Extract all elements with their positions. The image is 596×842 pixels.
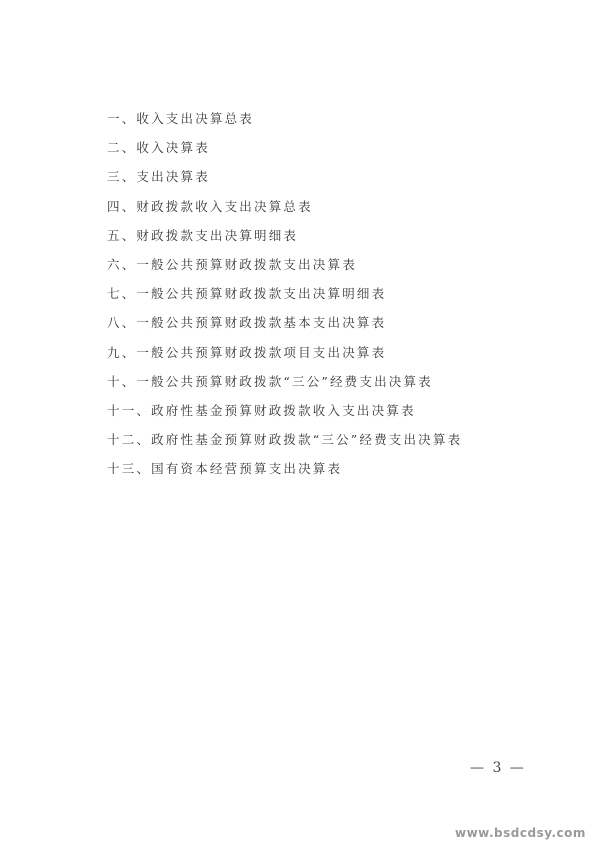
toc-item: 一、收入支出决算总表 — [107, 108, 462, 137]
toc-item: 十、一般公共预算财政拨款“三公”经费支出决算表 — [107, 371, 462, 400]
toc-item: 五、财政拨款支出决算明细表 — [107, 225, 462, 254]
table-of-contents: 一、收入支出决算总表 二、收入决算表 三、支出决算表 四、财政拨款收入支出决算总… — [107, 108, 462, 487]
toc-item: 四、财政拨款收入支出决算总表 — [107, 196, 462, 225]
toc-item: 二、收入决算表 — [107, 137, 462, 166]
watermark: www.bsdcdsy.com — [455, 826, 586, 840]
toc-item: 九、一般公共预算财政拨款项目支出决算表 — [107, 342, 462, 371]
page-number: — 3 — — [470, 760, 526, 776]
toc-item: 六、一般公共预算财政拨款支出决算表 — [107, 254, 462, 283]
toc-item: 三、支出决算表 — [107, 166, 462, 195]
toc-item: 八、一般公共预算财政拨款基本支出决算表 — [107, 312, 462, 341]
toc-item: 十三、国有资本经营预算支出决算表 — [107, 458, 462, 487]
toc-item: 七、一般公共预算财政拨款支出决算明细表 — [107, 283, 462, 312]
toc-item: 十二、政府性基金预算财政拨款“三公”经费支出决算表 — [107, 429, 462, 458]
toc-item: 十一、政府性基金预算财政拨款收入支出决算表 — [107, 400, 462, 429]
